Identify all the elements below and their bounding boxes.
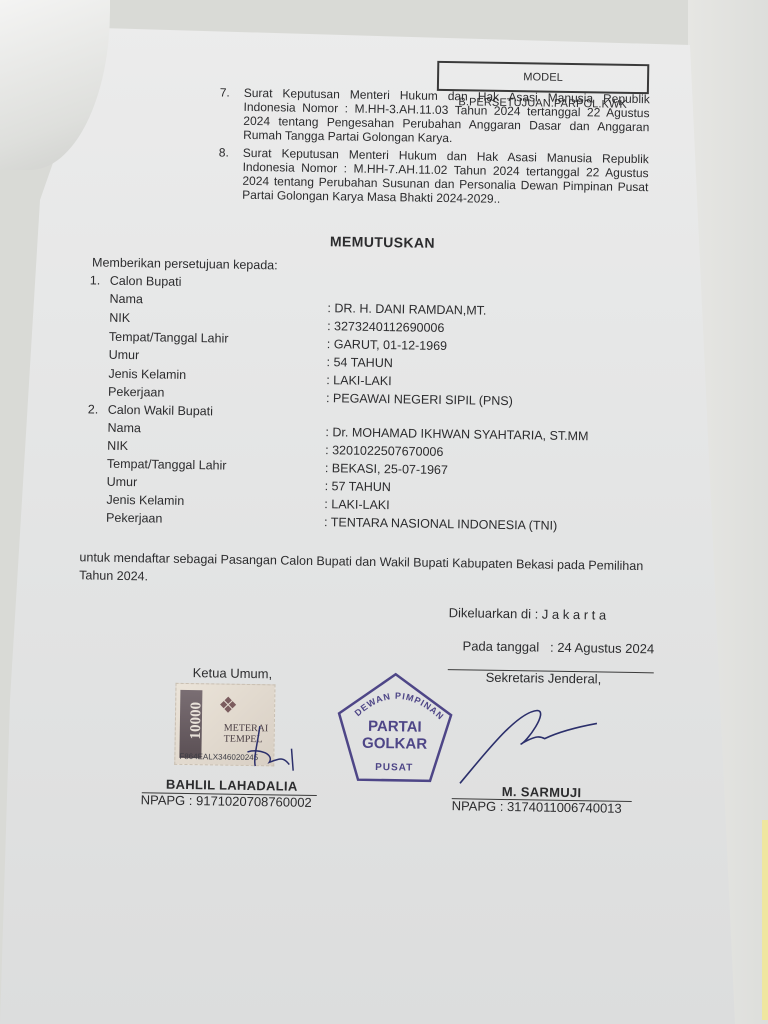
field-value: : 3273240112690006 [327,319,444,335]
field-label: NIK [109,311,130,325]
field-label: Tempat/Tanggal Lahir [107,457,227,473]
decision-title: MEMUTUSKAN [2,228,762,256]
candidate-1-fields: Nama : DR. H. DANI RAMDAN,MT. NIK : 3273… [6,0,768,6]
seal-center-text: PARTAI GOLKAR [334,717,455,753]
field-label: Pekerjaan [108,385,165,400]
field-value: : BEKASI, 25-07-1967 [325,461,448,477]
field-label: Pekerjaan [106,511,163,526]
issued-place-value: J a k a r t a [542,607,607,623]
stamp-denomination: 10000 [188,702,206,740]
seal-line2: GOLKAR [334,734,454,753]
field-value: : PEGAWAI NEGERI SIPIL (PNS) [326,391,513,408]
candidate-2-number: 2. [88,402,99,416]
clause-text: Surat Keputusan Menteri Hukum dan Hak As… [243,86,650,148]
closing-paragraph: untuk mendaftar sebagai Pasangan Calon B… [79,548,664,593]
field-value: : GARUT, 01-12-1969 [327,337,447,353]
field-value: : 57 TAHUN [325,479,391,494]
field-label: Jenis Kelamin [108,367,186,382]
secretary-name: M. SARMUJI [502,784,582,800]
field-label: Umur [109,348,140,362]
clause-number: 8. [219,145,229,159]
clause-7: 7. Surat Keputusan Menteri Hukum dan Hak… [219,85,650,148]
clause-text: Surat Keputusan Menteri Hukum dan Hak As… [242,146,649,208]
party-seal: DEWAN PIMPINAN PARTAI GOLKAR PUSAT [334,667,456,789]
field-label: NIK [107,439,128,453]
candidate-1-number: 1. [90,273,101,287]
background-yellow-object [762,820,768,1020]
field-value: : 3201022507670006 [325,443,443,459]
clause-number: 7. [220,85,230,99]
seal-bottom-text: PUSAT [334,761,454,774]
field-label: Nama [107,421,141,436]
secretary-npapg: NPAPG : 3174011006740013 [452,798,622,816]
candidate-2-fields: Nama : Dr. MOHAMAD IKHWAN SYAHTARIA, ST.… [6,0,768,6]
secretary-role: Sekretaris Jenderal, [486,670,602,687]
chairman-signature-icon [239,718,300,779]
issued-place: Dikeluarkan di : J a k a r t a [449,605,607,622]
candidate-1-role: Calon Bupati [110,274,182,289]
issued-date: Pada tanggal : 24 Agustus 2024 [448,623,655,673]
chairman-role: Ketua Umum, [193,665,273,681]
garuda-emblem-icon: ❖ [218,692,238,718]
field-value: : TENTARA NASIONAL INDONESIA (TNI) [324,515,557,533]
intro-text: Memberikan persetujuan kepada: [92,255,278,272]
candidate-2-role: Calon Wakil Bupati [108,403,213,419]
secretary-signature-icon [456,701,607,793]
field-label: Nama [109,292,143,307]
field-value: : LAKI-LAKI [324,497,390,512]
chairman-npapg: NPAPG : 9171020708760002 [141,792,312,810]
seal-line1: PARTAI [335,717,455,736]
chairman-name: BAHLIL LAHADALIA [166,777,298,794]
field-value: : LAKI-LAKI [326,373,392,388]
field-label: Jenis Kelamin [106,493,184,508]
field-value: : DR. H. DANI RAMDAN,MT. [327,301,486,317]
document-content: MODEL B.PERSETUJUAN.PARPOL.KWK 7. Surat … [0,0,768,1024]
field-label: Tempat/Tanggal Lahir [109,330,229,346]
issued-date-value: 24 Agustus 2024 [557,640,654,657]
field-label: Umur [107,475,138,489]
field-value: : Dr. MOHAMAD IKHWAN SYAHTARIA, ST.MM [325,425,588,443]
field-value: : 54 TAHUN [326,355,392,370]
clause-8: 8. Surat Keputusan Menteri Hukum dan Hak… [218,145,649,208]
issued-place-label: Dikeluarkan di : [449,605,542,621]
issued-date-label: Pada tanggal : [462,638,557,654]
